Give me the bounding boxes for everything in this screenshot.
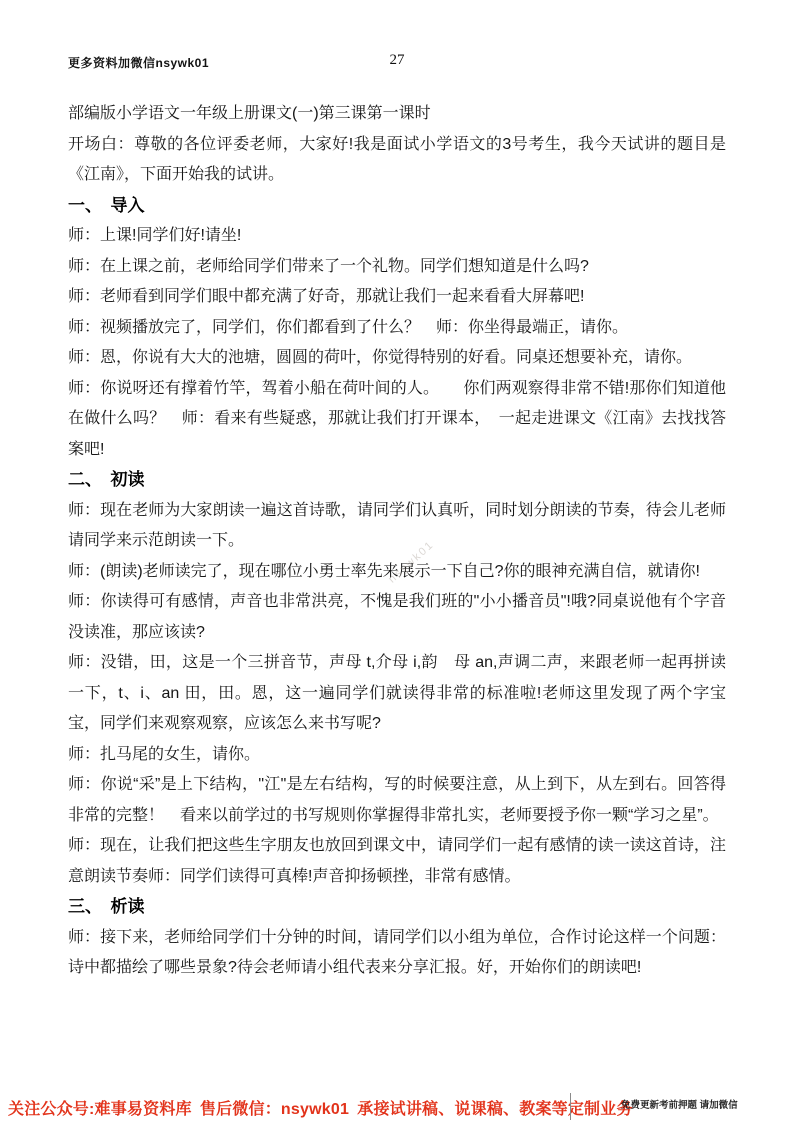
document-content: 部编版小学语文一年级上册课文(一)第三课第一课时 开场白：尊敬的各位评委老师，大… [68, 99, 726, 984]
page-number: 27 [0, 52, 794, 69]
paragraph: 师：在上课之前，老师给同学们带来了一个礼物。同学们想知道是什么吗? [68, 252, 726, 283]
paragraph: 师：接下来，老师给同学们十分钟的时间，请同学们以小组为单位，合作讨论这样一个问题… [68, 923, 726, 984]
document-title: 部编版小学语文一年级上册课文(一)第三课第一课时 [68, 99, 726, 130]
paragraph: 师：恩，你说有大大的池塘，圆圆的荷叶，你觉得特别的好看。同桌还想要补充，请你。 [68, 343, 726, 374]
paragraph: 师：你说呀还有撑着竹竿，驾着小船在荷叶间的人。 你们两观察得非常不错!那你们知道… [68, 374, 726, 466]
paragraph: 师：(朗读)老师读完了，现在哪位小勇士率先来展示一下自己?你的眼神充满自信，就请… [68, 557, 726, 588]
section-heading: 三、 析读 [68, 892, 726, 923]
page-footer: 关注公众号:难事易资料库 售后微信：nsywk01 承接试讲稿、说课稿、教案等定… [0, 1090, 794, 1122]
footer-note-text: 免费更新考前押题 请加微信 [621, 1097, 738, 1111]
paragraph: 师：你读得可有感情，声音也非常洪亮，不愧是我们班的"小小播音员"!哦?同桌说他有… [68, 587, 726, 648]
paragraph: 师：上课!同学们好!请坐! [68, 221, 726, 252]
paragraph: 师：你说“采”是上下结构，"江"是左右结构，写的时候要注意，从上到下，从左到右。… [68, 770, 726, 831]
paragraph: 师：现在，让我们把这些生字朋友也放回到课文中，请同学们一起有感情的读一读这首诗，… [68, 831, 726, 892]
paragraph: 师：视频播放完了，同学们，你们都看到了什么？ 师：你坐得最端正，请你。 [68, 313, 726, 344]
footer-divider [570, 1093, 571, 1120]
document-body: 开场白：尊敬的各位评委老师，大家好!我是面试小学语文的3号考生，我今天试讲的题目… [68, 130, 726, 984]
section-heading: 一、 导入 [68, 191, 726, 222]
paragraph: 开场白：尊敬的各位评委老师，大家好!我是面试小学语文的3号考生，我今天试讲的题目… [68, 130, 726, 191]
document-page: 更多资料加微信nsywk01 27 部编版小学语文一年级上册课文(一)第三课第一… [0, 0, 794, 1122]
section-heading: 二、 初读 [68, 465, 726, 496]
footer-promo-text: 关注公众号:难事易资料库 售后微信：nsywk01 承接试讲稿、说课稿、教案等定… [8, 1096, 633, 1119]
paragraph: 师：没错，田，这是一个三拼音节，声母 t,介母 i,韵 母 an,声调二声，来跟… [68, 648, 726, 740]
paragraph: 师：扎马尾的女生，请你。 [68, 740, 726, 771]
paragraph: 师：老师看到同学们眼中都充满了好奇，那就让我们一起来看看大屏幕吧! [68, 282, 726, 313]
paragraph: 师：现在老师为大家朗读一遍这首诗歌，请同学们认真听，同时划分朗读的节奏，待会儿老… [68, 496, 726, 557]
